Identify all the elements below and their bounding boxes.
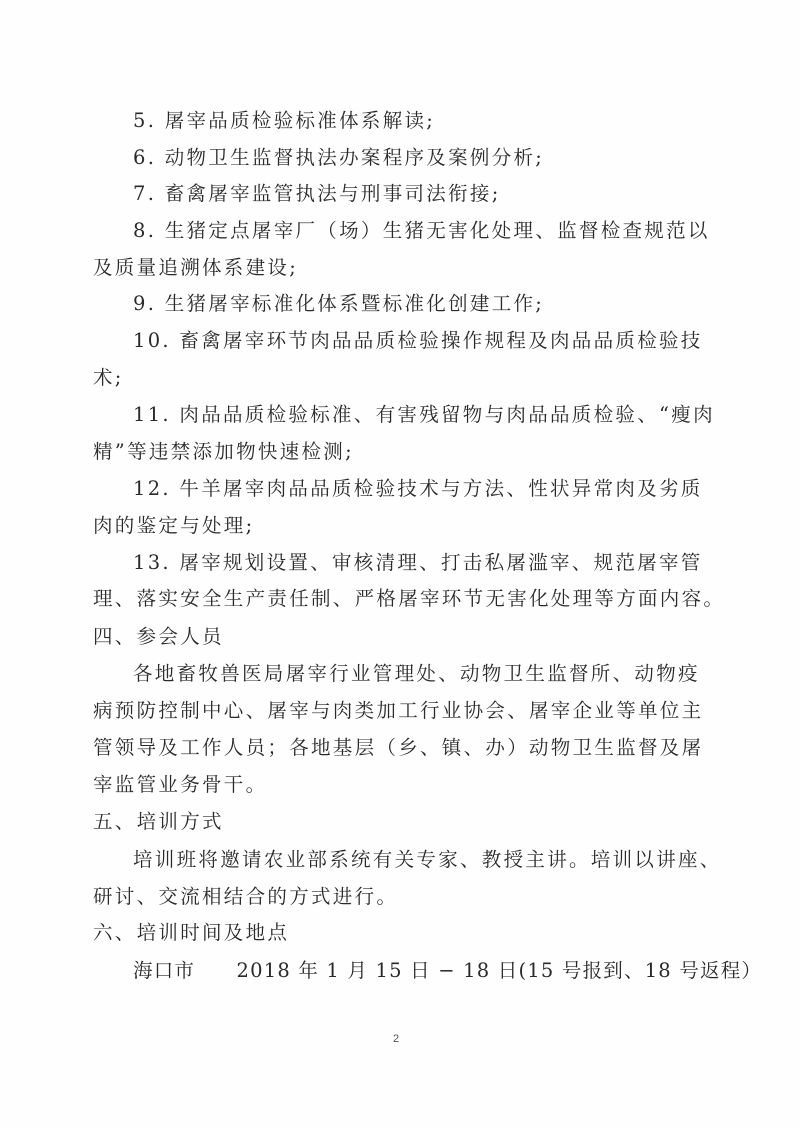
list-item-8: 8. 生猪定点屠宰厂（场）生猪无害化处理、监督检查规范以 (133, 219, 773, 243)
time-location-line: 海口市 2018 年 1 月 15 日 − 18 日(15 号报到、18 号返程… (133, 959, 773, 983)
section-heading-time-location: 六、培训时间及地点 (93, 921, 733, 945)
list-item-12-continued: 肉的鉴定与处理; (93, 514, 733, 538)
attendees-paragraph-line-4: 宰监管业务骨干。 (93, 773, 733, 797)
attendees-paragraph-line-1: 各地畜牧兽医局屠宰行业管理处、动物卫生监督所、动物疫 (133, 662, 773, 686)
training-method-line-1: 培训班将邀请农业部系统有关专家、教授主讲。培训以讲座、 (133, 848, 773, 872)
attendees-paragraph-line-3: 管领导及工作人员；各地基层（乡、镇、办）动物卫生监督及屠 (93, 736, 733, 760)
attendees-paragraph-line-2: 病预防控制中心、屠宰与肉类加工行业协会、屠宰企业等单位主 (93, 699, 733, 723)
list-item-12: 12. 牛羊屠宰肉品品质检验技术与方法、性状异常肉及劣质 (133, 477, 773, 501)
list-item-13-continued: 理、落实安全生产责任制、严格屠宰环节无害化处理等方面内容。 (93, 587, 733, 611)
list-item-13: 13. 屠宰规划设置、审核清理、打击私屠滥宰、规范屠宰管 (133, 551, 773, 575)
page-number: 2 (393, 1033, 399, 1045)
document-page: 5. 屠宰品质检验标准体系解读; 6. 动物卫生监督执法办案程序及案例分析; 7… (0, 0, 800, 1128)
list-item-10-continued: 术; (93, 366, 733, 390)
list-item-10: 10. 畜禽屠宰环节肉品品质检验操作规程及肉品品质检验技 (133, 329, 773, 353)
section-heading-training-method: 五、培训方式 (93, 810, 733, 834)
list-item-11: 11. 肉品品质检验标准、有害残留物与肉品品质检验、“瘦肉 (133, 403, 773, 427)
section-heading-attendees: 四、参会人员 (93, 625, 733, 649)
list-item-8-continued: 及质量追溯体系建设; (93, 256, 733, 280)
training-method-line-2: 研讨、交流相结合的方式进行。 (93, 885, 733, 909)
list-item-6: 6. 动物卫生监督执法办案程序及案例分析; (133, 146, 773, 170)
list-item-11-continued: 精”等违禁添加物快速检测; (93, 440, 733, 464)
list-item-7: 7. 畜禽屠宰监管执法与刑事司法衔接; (133, 182, 773, 206)
list-item-9: 9. 生猪屠宰标准化体系暨标准化创建工作; (133, 292, 773, 316)
list-item-5: 5. 屠宰品质检验标准体系解读; (133, 109, 773, 133)
